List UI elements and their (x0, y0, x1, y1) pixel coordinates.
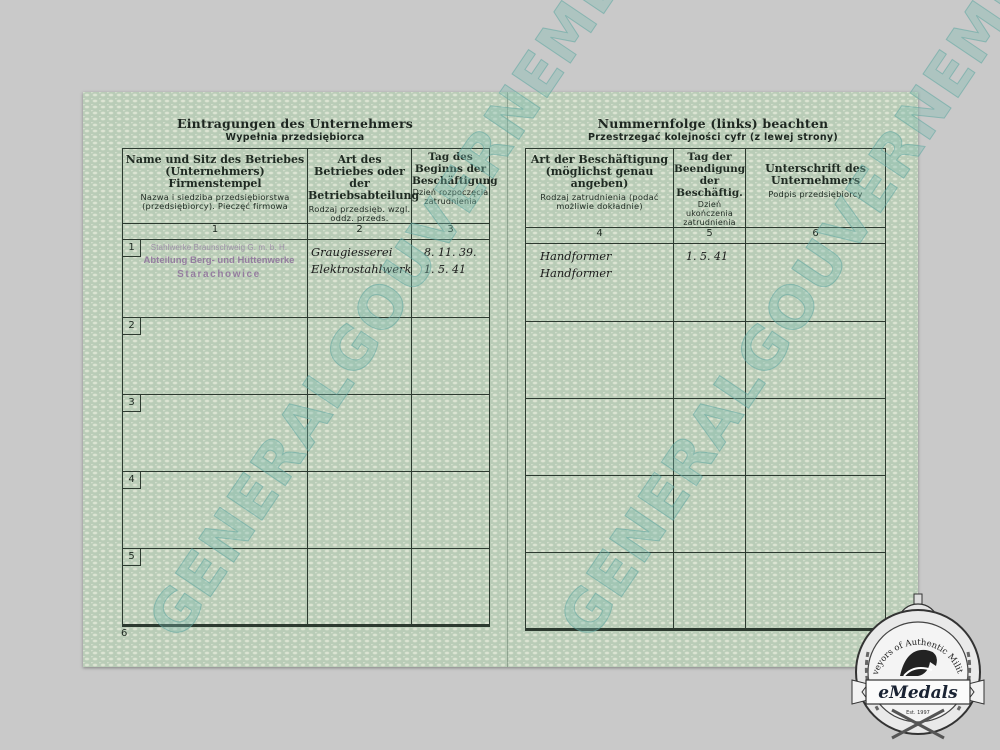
table-row (526, 476, 886, 553)
entry-cell-name: 2 (123, 318, 308, 395)
right-page: Nummernfolge (links) beachten Przestrzeg… (508, 92, 918, 667)
row-number: 2 (123, 318, 141, 335)
column-number: 4 (526, 228, 674, 244)
entry-cell-occupation (526, 476, 674, 553)
row-number: 3 (123, 395, 141, 412)
column-number-row: 1 2 3 (123, 224, 490, 240)
emedals-seal-logo: Purveyors of Authentic Militaria eMedals… (848, 592, 988, 742)
left-page-subtitle: Wypełnia przedsiębiorca (83, 132, 507, 143)
row-number: 4 (123, 472, 141, 489)
entry-cell-occupation (526, 553, 674, 630)
entry-cell-signature (746, 322, 886, 399)
table-row (526, 553, 886, 630)
entry-cell-start-date: 8. 11. 39. 1. 5. 41 (412, 240, 490, 318)
entry-cell-business-type (308, 395, 412, 472)
column-header-german: Tag des Beginns der Beschäftigung (412, 151, 489, 187)
entry-cell-business-type (308, 549, 412, 626)
column-header-polish: Dzień rozpoczęcia zatrudnienia (412, 188, 489, 206)
stamp-line: Stahlwerke Braunschweig G. m. b. H. (129, 243, 309, 252)
table-row: 4 (123, 472, 490, 549)
table-header-row: Name und Sitz des Betriebes (Unternehmer… (123, 149, 490, 224)
column-header-occupation: Art der Beschäftigung (möglichst genau a… (526, 149, 674, 228)
stamp-line: Starachowice (129, 269, 309, 280)
table-row: Handformer Handformer 1. 5. 41 (526, 244, 886, 322)
column-header-type-of-business: Art des Betriebes oder der Betriebsabtei… (308, 149, 412, 224)
table-row: 3 (123, 395, 490, 472)
column-header-polish: Dzień ukończenia zatrudnienia (674, 200, 745, 227)
entry-cell-start-date (412, 549, 490, 626)
table-row: 2 (123, 318, 490, 395)
entry-cell-name: 4 (123, 472, 308, 549)
column-header-name-and-seat: Name und Sitz des Betriebes (Unternehmer… (123, 149, 308, 224)
entry-cell-signature (746, 399, 886, 476)
entry-cell-business-type: Graugiesserei Elektrostahlwerk (308, 240, 412, 318)
right-page-subtitle: Przestrzegać kolejności cyfr (z lewej st… (508, 132, 918, 143)
column-number: 6 (746, 228, 886, 244)
table-header-row: Art der Beschäftigung (möglichst genau a… (526, 149, 886, 228)
entry-cell-signature (746, 244, 886, 322)
handwritten-entry: Graugiesserei Elektrostahlwerk (308, 240, 411, 278)
column-header-polish: Rodzaj przedsięb. wzgl. oddz. przeds. (308, 205, 411, 223)
left-page: Eintragungen des Unternehmers Wypełnia p… (83, 92, 507, 667)
column-number: 5 (674, 228, 746, 244)
seal-brand: eMedals (878, 683, 958, 703)
entry-cell-end-date: 1. 5. 41 (674, 244, 746, 322)
handwritten-entry: 8. 11. 39. 1. 5. 41 (412, 240, 489, 278)
entry-cell-start-date (412, 318, 490, 395)
entry-cell-business-type (308, 318, 412, 395)
page-number: 6 (121, 628, 127, 639)
column-number: 3 (412, 224, 490, 240)
entry-cell-occupation: Handformer Handformer (526, 244, 674, 322)
document-booklet-spread: Eintragungen des Unternehmers Wypełnia p… (83, 92, 918, 667)
column-header-german: Name und Sitz des Betriebes (Unternehmer… (123, 154, 307, 190)
entry-cell-name: 1 Stahlwerke Braunschweig G. m. b. H. Ab… (123, 240, 308, 318)
entry-cell-end-date (674, 399, 746, 476)
table-row (526, 322, 886, 399)
entry-cell-end-date (674, 476, 746, 553)
column-header-german: Art der Beschäftigung (möglichst genau a… (526, 154, 673, 190)
entry-cell-name: 3 (123, 395, 308, 472)
handwritten-line: Handformer (540, 265, 673, 282)
employer-entries-table: Name und Sitz des Betriebes (Unternehmer… (122, 148, 490, 627)
handwritten-entry: 1. 5. 41 (674, 244, 745, 265)
entry-cell-start-date (412, 395, 490, 472)
employment-details-table: Art der Beschäftigung (möglichst genau a… (525, 148, 886, 631)
handwritten-line: 1. 5. 41 (686, 248, 745, 265)
handwritten-line: Handformer (540, 248, 673, 265)
column-number: 2 (308, 224, 412, 240)
handwritten-line: Elektrostahlwerk (311, 261, 411, 278)
stamp-line: Abteilung Berg- und Hüttenwerke (129, 255, 309, 266)
right-page-title: Nummernfolge (links) beachten (508, 116, 918, 131)
entry-cell-occupation (526, 322, 674, 399)
row-number: 5 (123, 549, 141, 566)
column-header-german: Unterschrift des Unternehmers (746, 163, 885, 187)
column-number-row: 4 5 6 (526, 228, 886, 244)
entry-cell-name: 5 (123, 549, 308, 626)
seal-emblem-icon: Purveyors of Authentic Militaria eMedals… (848, 592, 988, 742)
column-number: 1 (123, 224, 308, 240)
entry-cell-end-date (674, 553, 746, 630)
handwritten-entry: Handformer Handformer (526, 244, 673, 282)
company-rubber-stamp: Stahlwerke Braunschweig G. m. b. H. Abte… (129, 243, 309, 280)
entry-cell-signature (746, 476, 886, 553)
entry-cell-start-date (412, 472, 490, 549)
entry-cell-end-date (674, 322, 746, 399)
column-header-polish: Podpis przedsiębiorcy (746, 190, 885, 199)
left-page-title: Eintragungen des Unternehmers (83, 116, 507, 131)
column-header-polish: Rodzaj zatrudnienia (podać możliwie dokł… (526, 193, 673, 211)
column-header-polish: Nazwa i siedziba przedsiębiorstwa (przed… (123, 193, 307, 211)
column-header-start-date: Tag des Beginns der Beschäftigung Dzień … (412, 149, 490, 224)
table-row (526, 399, 886, 476)
handwritten-line: 1. 5. 41 (424, 261, 489, 278)
table-row: 1 Stahlwerke Braunschweig G. m. b. H. Ab… (123, 240, 490, 318)
handwritten-line: Graugiesserei (311, 244, 411, 261)
entry-cell-occupation (526, 399, 674, 476)
column-header-german: Art des Betriebes oder der Betriebsabtei… (308, 154, 411, 202)
column-header-employer-signature: Unterschrift des Unternehmers Podpis prz… (746, 149, 886, 228)
table-row: 5 (123, 549, 490, 626)
handwritten-line: 8. 11. 39. (424, 244, 489, 261)
column-header-end-date: Tag der Beendigung der Beschäftig. Dzień… (674, 149, 746, 228)
seal-established: Est. 1997 (906, 710, 930, 716)
column-header-german: Tag der Beendigung der Beschäftig. (674, 151, 745, 199)
entry-cell-business-type (308, 472, 412, 549)
